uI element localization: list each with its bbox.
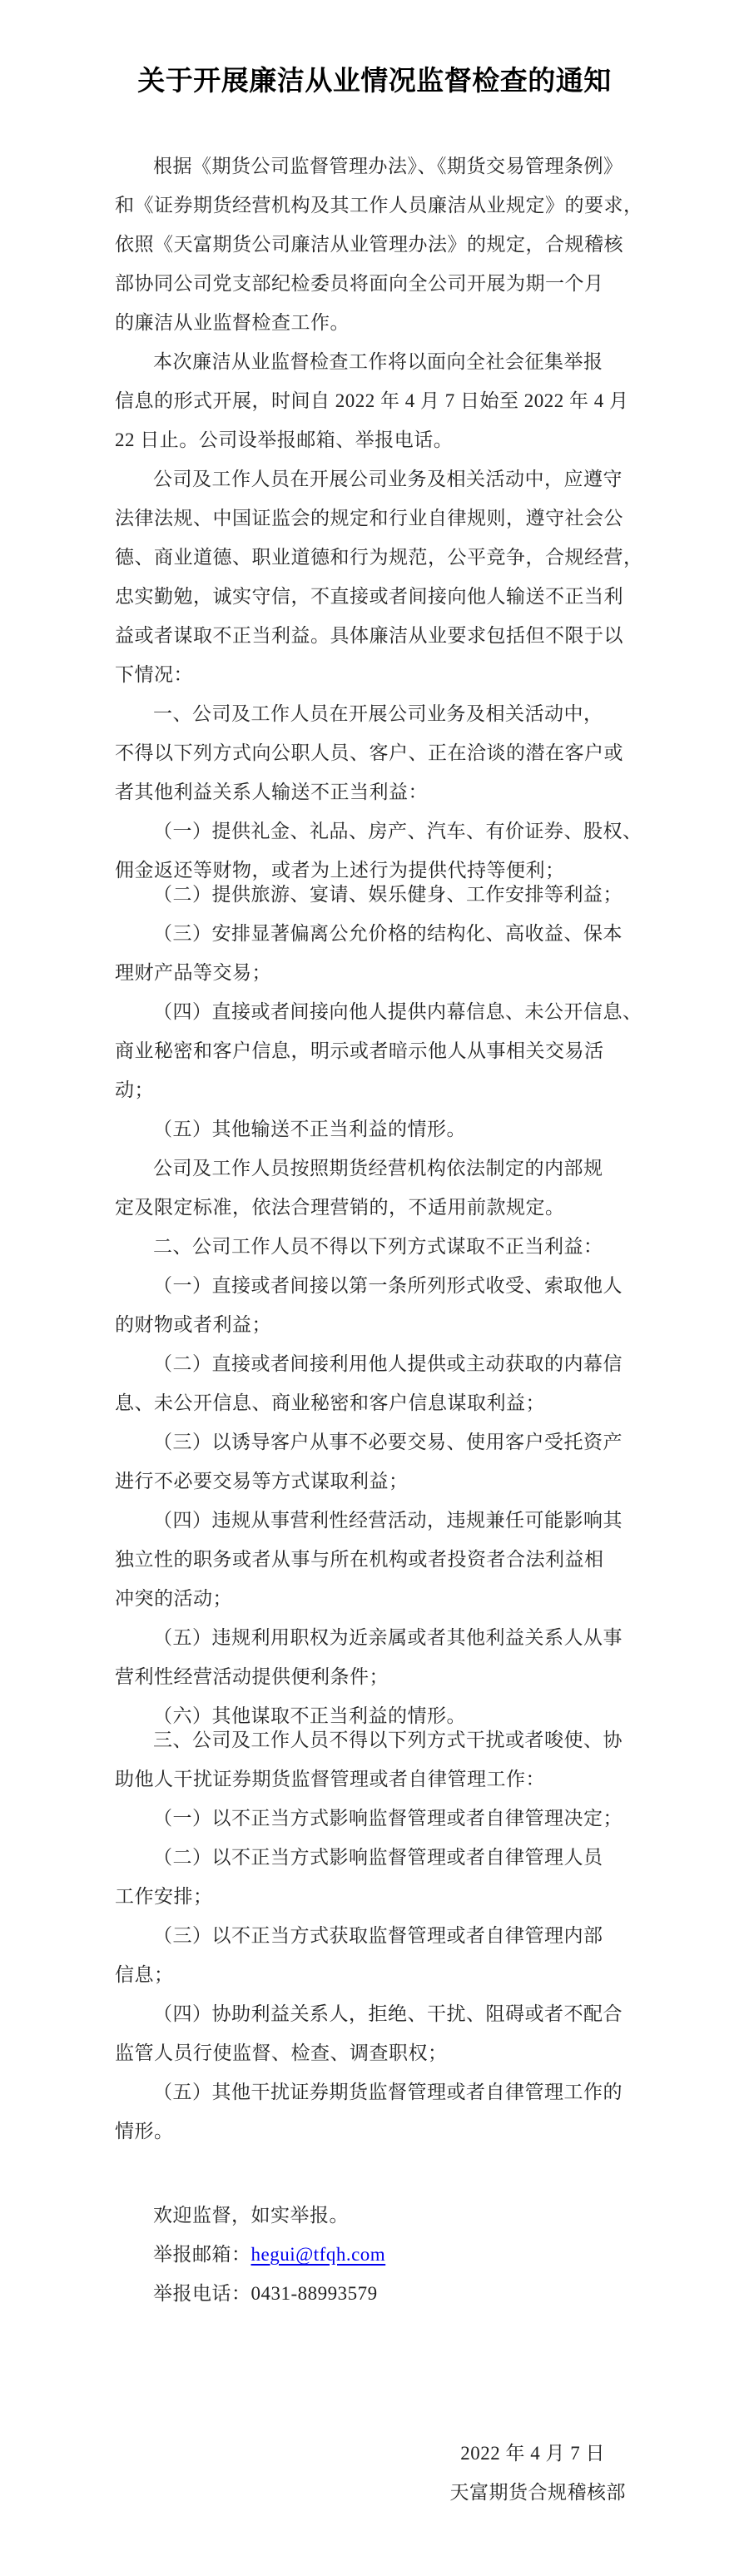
body-line: 不得以下列方式向公职人员、客户、正在洽谈的潜在客户或 (115, 733, 647, 772)
notice-document-page: 关于开展廉洁从业情况监督检查的通知 根据《期货公司监督管理办法》、《期货交易管理… (0, 0, 749, 2576)
body-line: 监管人员行使监督、检查、调查职权； (115, 2033, 647, 2072)
body-line: 者其他利益关系人输送不正当利益： (115, 772, 647, 812)
document-title: 关于开展廉洁从业情况监督检查的通知 (0, 0, 749, 98)
body-line: （三）安排显著偏离公允价格的结构化、高收益、保本 (115, 914, 647, 953)
body-line: 独立性的职务或者从事与所在机构或者投资者合法利益相 (115, 1540, 647, 1579)
body-line: （四）直接或者间接向他人提供内幕信息、未公开信息、 (115, 992, 647, 1031)
paragraph: （一）以不正当方式影响监督管理或者自律管理决定； (115, 1799, 647, 1838)
body-line: （四）协助利益关系人，拒绝、干扰、阻碍或者不配合 (115, 1994, 647, 2033)
body-line: （三）以诱导客户从事不必要交易、使用客户受托资产 (115, 1422, 647, 1462)
paragraph: 本次廉洁从业监督检查工作将以面向全社会征集举报信息的形式开展，时间自 2022 … (115, 342, 647, 459)
body-line: 一、公司及工作人员在开展公司业务及相关活动中， (115, 694, 647, 733)
body-line: （二）以不正当方式影响监督管理或者自律管理人员 (115, 1838, 647, 1877)
body-line: （二）直接或者间接利用他人提供或主动获取的内幕信 (115, 1344, 647, 1383)
paragraph: （二）提供旅游、宴请、娱乐健身、工作安排等利益； (115, 875, 647, 914)
paragraph: （四）直接或者间接向他人提供内幕信息、未公开信息、商业秘密和客户信息，明示或者暗… (115, 992, 647, 1109)
body-line: 和《证券期货经营机构及其工作人员廉洁从业规定》的要求， (115, 186, 647, 225)
body-line: 法律法规、中国证监会的规定和行业自律规则，遵守社会公 (115, 499, 647, 538)
paragraph: （三）以诱导客户从事不必要交易、使用客户受托资产进行不必要交易等方式谋取利益； (115, 1422, 647, 1501)
body-line: 益或者谋取不正当利益。具体廉洁从业要求包括但不限于以 (115, 616, 647, 655)
body-line: 理财产品等交易； (115, 953, 647, 992)
body-line: （五）其他输送不正当利益的情形。 (115, 1109, 647, 1149)
paragraph: （五）其他输送不正当利益的情形。 (115, 1109, 647, 1149)
paragraph: （三）以不正当方式获取监督管理或者自律管理内部信息； (115, 1916, 647, 1994)
report-email-link[interactable]: hegui@tfqh.com (251, 2244, 386, 2265)
body-line: 进行不必要交易等方式谋取利益； (115, 1462, 647, 1501)
body-line: 情形。 (115, 2112, 647, 2151)
body-line: 二、公司工作人员不得以下列方式谋取不正当利益： (115, 1227, 647, 1266)
closing-phone-line: 举报电话：0431-88993579 (115, 2274, 647, 2313)
signature-block: 2022 年 4 月 7 日 天富期货合规稽核部 (0, 2434, 749, 2512)
paragraph: （四）违规从事营利性经营活动，违规兼任可能影响其独立性的职务或者从事与所在机构或… (115, 1501, 647, 1618)
body-line: （一）直接或者间接以第一条所列形式收受、索取他人 (115, 1266, 647, 1305)
report-phone-number: 0431-88993579 (251, 2283, 378, 2304)
body-line: 营利性经营活动提供便利条件； (115, 1657, 647, 1696)
paragraph: （一）直接或者间接以第一条所列形式收受、索取他人的财物或者利益； (115, 1266, 647, 1344)
body-line: 息、未公开信息、商业秘密和客户信息谋取利益； (115, 1383, 647, 1422)
report-email-label: 举报邮箱： (153, 2244, 251, 2265)
body-line: 公司及工作人员按照期货经营机构依法制定的内部规 (115, 1149, 647, 1188)
body-line: 的财物或者利益； (115, 1305, 647, 1344)
body-line: 公司及工作人员在开展公司业务及相关活动中，应遵守 (115, 459, 647, 499)
body-line: 三、公司及工作人员不得以下列方式干扰或者唆使、协 (115, 1720, 647, 1760)
body-line: 信息； (115, 1955, 647, 1994)
paragraph: 根据《期货公司监督管理办法》、《期货交易管理条例》和《证券期货经营机构及其工作人… (115, 146, 647, 342)
body-line: 的廉洁从业监督检查工作。 (115, 303, 647, 342)
paragraph: （三）安排显著偏离公允价格的结构化、高收益、保本理财产品等交易； (115, 914, 647, 992)
paragraph: 公司及工作人员按照期货经营机构依法制定的内部规定及限定标准，依法合理营销的，不适… (115, 1149, 647, 1227)
paragraph: （二）以不正当方式影响监督管理或者自律管理人员工作安排； (115, 1838, 647, 1916)
body-line: （一）提供礼金、礼品、房产、汽车、有价证券、股权、 (115, 812, 647, 851)
body-line: 定及限定标准，依法合理营销的，不适用前款规定。 (115, 1188, 647, 1227)
paragraph: 一、公司及工作人员在开展公司业务及相关活动中，不得以下列方式向公职人员、客户、正… (115, 694, 647, 812)
body-line: 工作安排； (115, 1877, 647, 1916)
body-line: 本次廉洁从业监督检查工作将以面向全社会征集举报 (115, 342, 647, 381)
paragraph: 二、公司工作人员不得以下列方式谋取不正当利益： (115, 1227, 647, 1266)
paragraph: （五）其他干扰证券期货监督管理或者自律管理工作的情形。 (115, 2072, 647, 2151)
body-line: 根据《期货公司监督管理办法》、《期货交易管理条例》 (115, 146, 647, 186)
body-line: 22 日止。公司设举报邮箱、举报电话。 (115, 420, 647, 459)
body-line: （五）违规利用职权为近亲属或者其他利益关系人从事 (115, 1618, 647, 1657)
body-line: 德、商业道德、职业道德和行为规范，公平竞争，合规经营， (115, 538, 647, 577)
closing-email-line: 举报邮箱：hegui@tfqh.com (115, 2235, 647, 2274)
signature-date: 2022 年 4 月 7 日 (0, 2434, 626, 2473)
paragraph: （五）违规利用职权为近亲属或者其他利益关系人从事营利性经营活动提供便利条件； (115, 1618, 647, 1696)
closing-welcome-line: 欢迎监督，如实举报。 (115, 2196, 647, 2235)
body-line: 忠实勤勉，诚实守信，不直接或者间接向他人输送不正当利 (115, 577, 647, 616)
body-line: 动； (115, 1070, 647, 1109)
body-line: 商业秘密和客户信息，明示或者暗示他人从事相关交易活 (115, 1031, 647, 1070)
body-line: （一）以不正当方式影响监督管理或者自律管理决定； (115, 1799, 647, 1838)
body-line: 冲突的活动； (115, 1579, 647, 1618)
paragraph: 三、公司及工作人员不得以下列方式干扰或者唆使、协助他人干扰证券期货监督管理或者自… (115, 1720, 647, 1799)
body-line: （三）以不正当方式获取监督管理或者自律管理内部 (115, 1916, 647, 1955)
closing-block: 欢迎监督，如实举报。 举报邮箱：hegui@tfqh.com 举报电话：0431… (0, 2196, 647, 2313)
paragraph: （二）直接或者间接利用他人提供或主动获取的内幕信息、未公开信息、商业秘密和客户信… (115, 1344, 647, 1422)
report-phone-label: 举报电话： (153, 2283, 251, 2304)
body-line: 依照《天富期货公司廉洁从业管理办法》的规定，合规稽核 (115, 225, 647, 264)
document-body: 根据《期货公司监督管理办法》、《期货交易管理条例》和《证券期货经营机构及其工作人… (0, 146, 647, 2151)
body-line: 下情况： (115, 655, 647, 694)
body-line: 助他人干扰证券期货监督管理或者自律管理工作： (115, 1760, 647, 1799)
body-line: （五）其他干扰证券期货监督管理或者自律管理工作的 (115, 2072, 647, 2112)
body-line: 信息的形式开展，时间自 2022 年 4 月 7 日始至 2022 年 4 月 (115, 381, 647, 420)
body-line: 部协同公司党支部纪检委员将面向全公司开展为期一个月 (115, 264, 647, 303)
paragraph: 公司及工作人员在开展公司业务及相关活动中，应遵守法律法规、中国证监会的规定和行业… (115, 459, 647, 694)
body-line: （四）违规从事营利性经营活动，违规兼任可能影响其 (115, 1501, 647, 1540)
signature-department: 天富期货合规稽核部 (0, 2473, 626, 2512)
body-line: （二）提供旅游、宴请、娱乐健身、工作安排等利益； (115, 875, 647, 914)
paragraph: （四）协助利益关系人，拒绝、干扰、阻碍或者不配合监管人员行使监督、检查、调查职权… (115, 1994, 647, 2072)
